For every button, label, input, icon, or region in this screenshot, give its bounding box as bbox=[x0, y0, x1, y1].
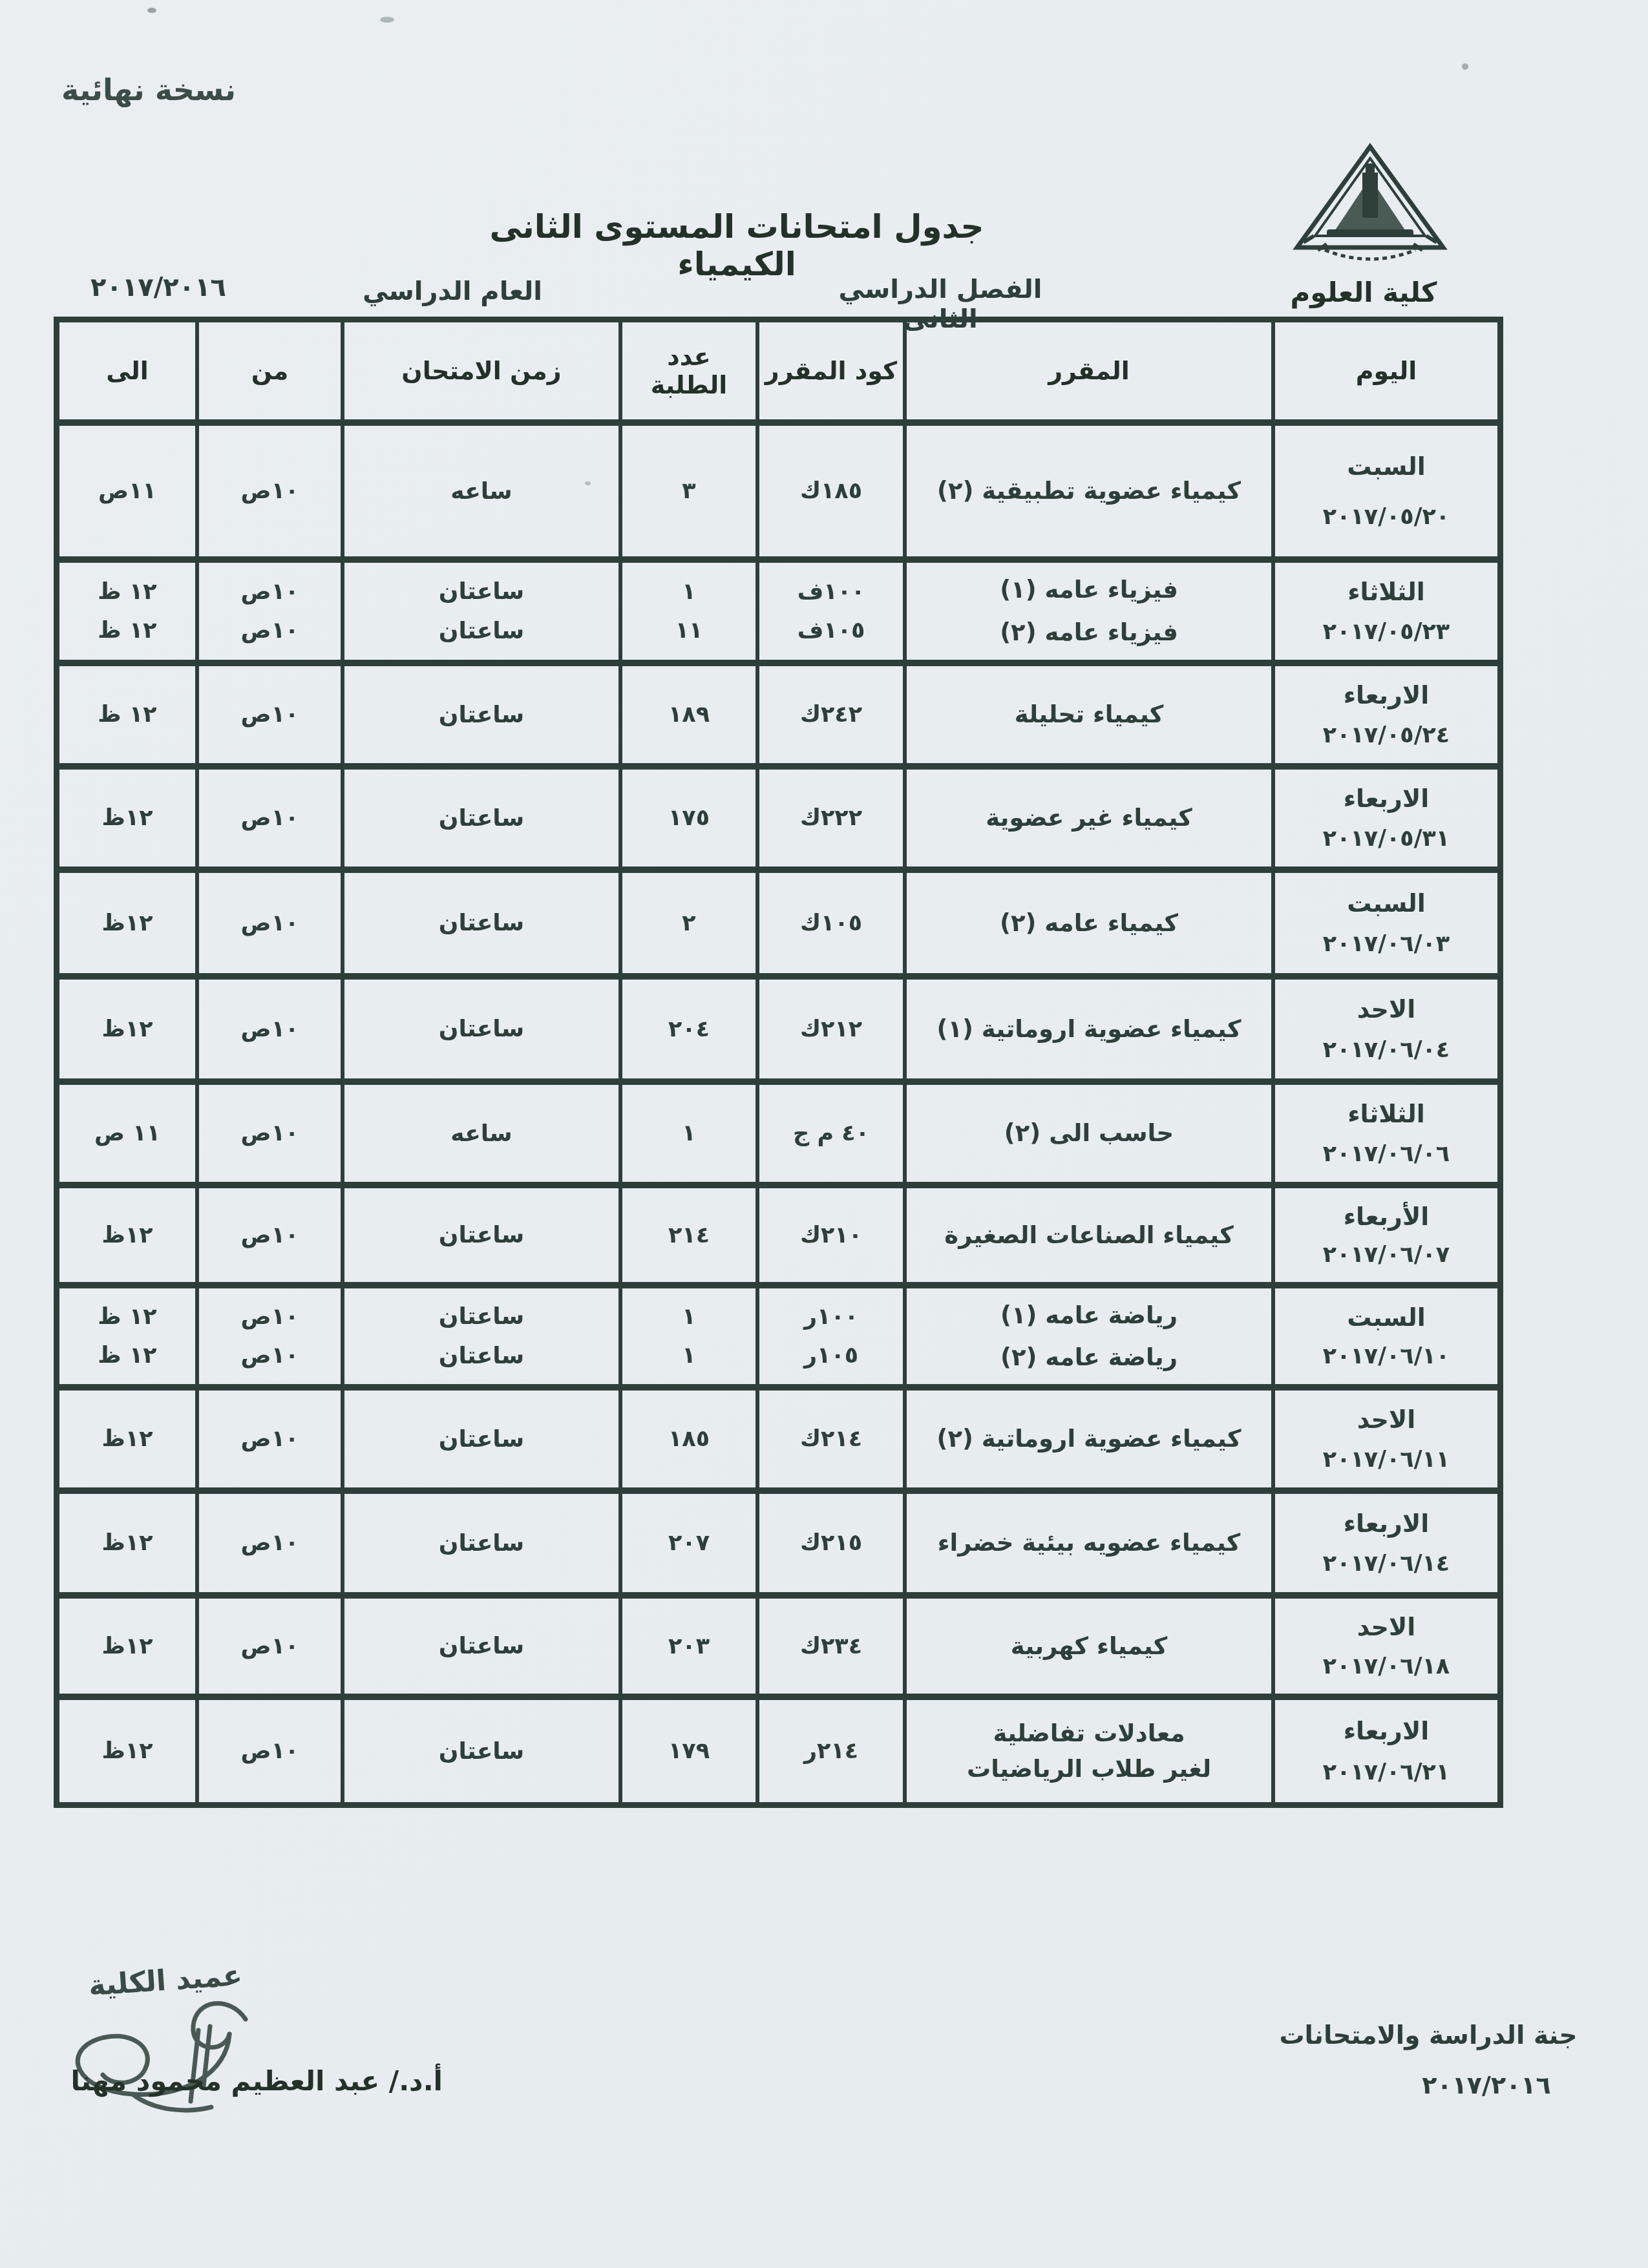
start-time: ١٠ص bbox=[241, 1633, 299, 1659]
start-time: ١٠ص bbox=[241, 1738, 299, 1764]
cell-start-time: ١٠ص bbox=[195, 1599, 341, 1694]
day-date: ٢٠١٧/٠٥/٢٠ bbox=[1323, 504, 1450, 530]
cell-exam-duration: ساعتانساعتان bbox=[341, 1288, 618, 1384]
end-time: ١١ص bbox=[98, 478, 156, 504]
cell-course-name: كيمياء غير عضوية bbox=[903, 770, 1271, 866]
student-count: ١٧٩ bbox=[668, 1738, 710, 1764]
cell-exam-duration: ساعه bbox=[341, 1085, 618, 1182]
course-code: ٢١٢ك bbox=[800, 1016, 862, 1042]
student-count: ٢٠٧ bbox=[668, 1530, 710, 1556]
course-name: كيمياء غير عضوية bbox=[986, 800, 1192, 836]
header-exam-duration: زمن الامتحان bbox=[341, 322, 618, 419]
dean-signature bbox=[36, 1990, 294, 2132]
exam-duration: ساعتان bbox=[439, 1303, 524, 1330]
cell-exam-duration: ساعتان bbox=[341, 666, 618, 763]
cell-start-time: ١٠ص bbox=[195, 1391, 341, 1487]
course-name: كيمياء عضوية اروماتية (١) bbox=[937, 1011, 1241, 1047]
course-name: كيمياء عضوية تطبيقية (٢) bbox=[937, 473, 1241, 509]
course-code: ٢١٥ك bbox=[800, 1530, 862, 1556]
day-name: الاربعاء bbox=[1344, 784, 1430, 813]
course-code: ٢١٠ك bbox=[800, 1223, 862, 1248]
cell-course-name: كيمياء عضوية تطبيقية (٢) bbox=[903, 426, 1271, 556]
cell-exam-duration: ساعه bbox=[341, 426, 618, 556]
start-time: ١٠ص bbox=[241, 910, 299, 936]
day-date: ٢٠١٧/٠٦/١١ bbox=[1323, 1447, 1450, 1473]
course-name: كيمياء الصناعات الصغيرة bbox=[944, 1217, 1233, 1254]
course-name: كيمياء كهربية bbox=[1011, 1628, 1168, 1664]
cell-end-time: ١٢ ظ١٢ ظ bbox=[59, 1288, 195, 1384]
end-time: ١٢ظ bbox=[101, 805, 153, 831]
table-row: الاحد٢٠١٧/٠٦/١١كيمياء عضوية اروماتية (٢)… bbox=[59, 1391, 1497, 1494]
exam-duration: ساعتان bbox=[439, 1738, 524, 1765]
cell-end-time: ١٢ ظ١٢ ظ bbox=[59, 563, 195, 660]
cell-course-name: كيمياء كهربية bbox=[903, 1599, 1271, 1694]
cell-student-count: ٢٠٣ bbox=[618, 1599, 755, 1694]
day-date: ٢٠١٧/٠٦/١٤ bbox=[1323, 1551, 1450, 1577]
day-date: ٢٠١٧/٠٥/٣١ bbox=[1323, 826, 1450, 852]
table-row: الثلاثاء٢٠١٧/٠٦/٠٦حاسب الى (٢)٤٠ م ج١ساع… bbox=[59, 1085, 1497, 1188]
day-cell: الاحد٢٠١٧/٠٦/١٨ bbox=[1271, 1599, 1497, 1694]
cell-course-name: كيمياء عضوية اروماتية (٢) bbox=[903, 1391, 1271, 1487]
cell-student-count: ٢٠٤ bbox=[618, 980, 755, 1078]
cell-start-time: ١٠ص bbox=[195, 1085, 341, 1182]
exam-duration: ساعتان bbox=[439, 1633, 524, 1659]
end-time: ١٢ ظ bbox=[98, 1304, 156, 1330]
student-count: ١ bbox=[682, 1120, 695, 1146]
table-header-row: اليوم المقرر كود المقرر عدد الطلبة زمن ا… bbox=[59, 322, 1497, 426]
header-student-count: عدد الطلبة bbox=[618, 322, 755, 419]
exam-duration: ساعتان bbox=[439, 1530, 524, 1557]
cell-start-time: ١٠ص bbox=[195, 1188, 341, 1282]
committee-label: جنة الدراسة والامتحانات bbox=[1267, 2021, 1590, 2050]
day-name: الاحد bbox=[1357, 995, 1416, 1024]
day-name: السبت bbox=[1347, 452, 1426, 481]
cell-course-code: ٢٤٢ك bbox=[755, 666, 903, 763]
cell-end-time: ١١ ص bbox=[59, 1085, 195, 1182]
student-count: ١١ bbox=[675, 618, 703, 644]
student-count: ٢٠٤ bbox=[668, 1016, 710, 1042]
day-cell: الاربعاء٢٠١٧/٠٦/٢١ bbox=[1271, 1700, 1497, 1802]
header-course: المقرر bbox=[903, 322, 1271, 419]
day-cell: الاحد٢٠١٧/٠٦/٠٤ bbox=[1271, 980, 1497, 1078]
day-cell: السبت٢٠١٧/٠٦/٠٣ bbox=[1271, 873, 1497, 973]
cell-end-time: ١٢ظ bbox=[59, 1188, 195, 1282]
course-code: ٢٢٢ك bbox=[800, 805, 862, 831]
cell-course-name: فيزياء عامه (١)فيزياء عامه (٢) bbox=[903, 563, 1271, 660]
course-code: ١٠٥ف bbox=[798, 618, 865, 644]
cell-end-time: ١٢ظ bbox=[59, 1494, 195, 1592]
cell-student-count: ١٨٩ bbox=[618, 666, 755, 763]
day-date: ٢٠١٧/٠٦/٢١ bbox=[1323, 1759, 1450, 1785]
cell-exam-duration: ساعتان bbox=[341, 873, 618, 973]
day-date: ٢٠١٧/٠٥/٢٤ bbox=[1323, 722, 1450, 748]
student-count: ١ bbox=[682, 1304, 695, 1330]
cell-start-time: ١٠ص bbox=[195, 666, 341, 763]
table-row: السبت٢٠١٧/٠٦/٠٣كيمياء عامه (٢)١٠٥ك٢ساعتا… bbox=[59, 873, 1497, 980]
start-time: ١٠ص bbox=[241, 618, 299, 644]
cell-course-code: ٢١٠ك bbox=[755, 1188, 903, 1282]
cell-course-code: ٢١٢ك bbox=[755, 980, 903, 1078]
student-count: ١٨٥ bbox=[668, 1426, 710, 1452]
table-row: الأربعاء٢٠١٧/٠٦/٠٧كيمياء الصناعات الصغير… bbox=[59, 1188, 1497, 1288]
course-code: ٢١٤ر bbox=[804, 1738, 858, 1764]
end-time: ١٢ظ bbox=[101, 1633, 153, 1659]
cell-course-code: ١٨٥ك bbox=[755, 426, 903, 556]
table-row: الاربعاء٢٠١٧/٠٦/١٤كيمياء عضويه بيئية خضر… bbox=[59, 1494, 1497, 1599]
cell-exam-duration: ساعتان bbox=[341, 1391, 618, 1487]
day-name: الاربعاء bbox=[1344, 1717, 1430, 1745]
cell-start-time: ١٠ص bbox=[195, 980, 341, 1078]
cell-start-time: ١٠ص bbox=[195, 770, 341, 866]
table-row: الاربعاء٢٠١٧/٠٥/٢٤كيمياء تحليلة٢٤٢ك١٨٩سا… bbox=[59, 666, 1497, 770]
cell-course-name: كيمياء عامه (٢) bbox=[903, 873, 1271, 973]
day-date: ٢٠١٧/٠٦/٠٧ bbox=[1323, 1242, 1450, 1268]
student-count: ١٨٩ bbox=[668, 702, 710, 728]
cell-exam-duration: ساعتان bbox=[341, 1188, 618, 1282]
cell-course-code: ٢١٥ك bbox=[755, 1494, 903, 1592]
cell-end-time: ١٢ظ bbox=[59, 873, 195, 973]
exam-duration: ساعتان bbox=[439, 702, 524, 728]
end-time: ١٢ ظ bbox=[98, 618, 156, 644]
course-name: فيزياء عامه (١) bbox=[1000, 572, 1178, 608]
end-time: ١٢ ظ bbox=[98, 1343, 156, 1369]
cell-student-count: ١٨٥ bbox=[618, 1391, 755, 1487]
cell-course-name: كيمياء تحليلة bbox=[903, 666, 1271, 763]
header-day: اليوم bbox=[1271, 322, 1497, 419]
student-count: ١ bbox=[682, 579, 695, 605]
cell-course-name: كيمياء عضويه بيئية خضراء bbox=[903, 1494, 1271, 1592]
exam-duration: ساعه bbox=[450, 478, 512, 505]
day-date: ٢٠١٧/٠٦/١٨ bbox=[1323, 1654, 1450, 1679]
end-time: ١٢ظ bbox=[101, 1738, 153, 1764]
start-time: ١٠ص bbox=[241, 805, 299, 831]
cell-exam-duration: ساعتان bbox=[341, 1599, 618, 1694]
faculty-name: كلية العلوم bbox=[1286, 277, 1441, 308]
start-time: ١٠ص bbox=[241, 579, 299, 605]
day-cell: الاربعاء٢٠١٧/٠٥/٣١ bbox=[1271, 770, 1497, 866]
cell-exam-duration: ساعتانساعتان bbox=[341, 563, 618, 660]
day-date: ٢٠١٧/٠٦/٠٦ bbox=[1323, 1141, 1450, 1167]
cell-course-name: معادلات تفاضلية لغير طلاب الرياضيات bbox=[903, 1700, 1271, 1802]
course-name: حاسب الى (٢) bbox=[1004, 1115, 1174, 1151]
cell-exam-duration: ساعتان bbox=[341, 980, 618, 1078]
page-title: جدول امتحانات المستوى الثانى الكيمياء bbox=[427, 208, 1047, 283]
cell-start-time: ١٠ص bbox=[195, 1700, 341, 1802]
committee-year: ٢٠١٧/٢٠١٦ bbox=[1389, 2071, 1583, 2099]
day-cell: الثلاثاء٢٠١٧/٠٦/٠٦ bbox=[1271, 1085, 1497, 1182]
day-name: السبت bbox=[1347, 1303, 1426, 1332]
day-cell: الاربعاء٢٠١٧/٠٦/١٤ bbox=[1271, 1494, 1497, 1592]
cell-end-time: ١٢ظ bbox=[59, 1599, 195, 1694]
scan-artifact bbox=[380, 17, 394, 23]
start-time: ١٠ص bbox=[241, 1426, 299, 1452]
course-name: كيمياء عضويه بيئية خضراء bbox=[938, 1525, 1241, 1561]
cell-student-count: ٢ bbox=[618, 873, 755, 973]
final-copy-note: نسخة نهائية bbox=[61, 72, 236, 107]
student-count: ٣ bbox=[682, 478, 695, 504]
cell-exam-duration: ساعتان bbox=[341, 1494, 618, 1592]
table-row: الاربعاء٢٠١٧/٠٥/٣١كيمياء غير عضوية٢٢٢ك١٧… bbox=[59, 770, 1497, 873]
cell-start-time: ١٠ص bbox=[195, 426, 341, 556]
start-time: ١٠ص bbox=[241, 1304, 299, 1330]
header-to: الى bbox=[59, 322, 195, 419]
course-code: ٢٤٢ك bbox=[800, 702, 862, 728]
day-date: ٢٠١٧/٠٥/٢٣ bbox=[1323, 619, 1450, 645]
cell-end-time: ١٢ظ bbox=[59, 770, 195, 866]
cell-start-time: ١٠ص bbox=[195, 1494, 341, 1592]
cell-course-name: كيمياء عضوية اروماتية (١) bbox=[903, 980, 1271, 1078]
course-name: فيزياء عامه (٢) bbox=[1000, 614, 1178, 651]
course-name: رياضة عامه (٢) bbox=[1000, 1339, 1178, 1376]
day-name: السبت bbox=[1347, 889, 1426, 918]
cell-course-name: رياضة عامه (١)رياضة عامه (٢) bbox=[903, 1288, 1271, 1384]
exam-duration: ساعه bbox=[450, 1120, 512, 1147]
cell-student-count: ١١١ bbox=[618, 563, 755, 660]
course-name: معادلات تفاضلية لغير طلاب الرياضيات bbox=[967, 1716, 1211, 1787]
cell-student-count: ١ bbox=[618, 1085, 755, 1182]
start-time: ١٠ص bbox=[241, 702, 299, 728]
day-cell: الاحد٢٠١٧/٠٦/١١ bbox=[1271, 1391, 1497, 1487]
start-time: ١٠ص bbox=[241, 1120, 299, 1146]
cell-student-count: ١١ bbox=[618, 1288, 755, 1384]
table-row: السبت٢٠١٧/٠٥/٢٠كيمياء عضوية تطبيقية (٢)١… bbox=[59, 426, 1497, 563]
end-time: ١١ ص bbox=[94, 1120, 160, 1146]
course-name: كيمياء عامه (٢) bbox=[1000, 905, 1178, 941]
table-row: الاحد٢٠١٧/٠٦/١٨كيمياء كهربية٢٣٤ك٢٠٣ساعتا… bbox=[59, 1599, 1497, 1700]
day-date: ٢٠١٧/٠٦/٠٣ bbox=[1323, 931, 1450, 957]
table-row: السبت٢٠١٧/٠٦/١٠رياضة عامه (١)رياضة عامه … bbox=[59, 1288, 1497, 1391]
scanned-document-page: نسخة نهائية كلية العلوم جدول امتحانات ال… bbox=[0, 0, 1648, 2268]
header-from: من bbox=[195, 322, 341, 419]
cell-course-code: ١٠٠ر١٠٥ر bbox=[755, 1288, 903, 1384]
day-name: الاحد bbox=[1357, 1405, 1416, 1434]
cell-exam-duration: ساعتان bbox=[341, 770, 618, 866]
cell-course-code: ١٠٠ف١٠٥ف bbox=[755, 563, 903, 660]
cell-course-name: كيمياء الصناعات الصغيرة bbox=[903, 1188, 1271, 1282]
start-time: ١٠ص bbox=[241, 1530, 299, 1556]
day-cell: الثلاثاء٢٠١٧/٠٥/٢٣ bbox=[1271, 563, 1497, 660]
cell-course-code: ١٠٥ك bbox=[755, 873, 903, 973]
end-time: ١٢ظ bbox=[101, 1530, 153, 1556]
dean-name: أ.د./ عبد العظيم محمود مهنا bbox=[29, 2065, 443, 2097]
cell-student-count: ٣ bbox=[618, 426, 755, 556]
end-time: ١٢ظ bbox=[101, 910, 153, 936]
day-name: الاربعاء bbox=[1344, 1509, 1430, 1538]
course-code: ١٠٥ك bbox=[800, 910, 862, 936]
day-date: ٢٠١٧/٠٦/٠٤ bbox=[1323, 1037, 1450, 1063]
cell-end-time: ١٢ظ bbox=[59, 980, 195, 1078]
start-time: ١٠ص bbox=[241, 1223, 299, 1248]
cell-student-count: ١٧٥ bbox=[618, 770, 755, 866]
course-code: ١٠٠ف bbox=[798, 579, 865, 605]
student-count: ٢ bbox=[682, 910, 695, 936]
cell-end-time: ١١ص bbox=[59, 426, 195, 556]
exam-duration: ساعتان bbox=[439, 1426, 524, 1453]
day-name: الاحد bbox=[1357, 1613, 1416, 1641]
course-name: رياضة عامه (١) bbox=[1000, 1297, 1178, 1334]
course-code: ٤٠ م ج bbox=[793, 1120, 869, 1146]
cell-student-count: ١٧٩ bbox=[618, 1700, 755, 1802]
start-time: ١٠ص bbox=[241, 1016, 299, 1042]
scan-artifact bbox=[1462, 63, 1468, 70]
student-count: ١ bbox=[682, 1343, 695, 1369]
course-code: ٢١٤ك bbox=[800, 1426, 862, 1452]
cell-start-time: ١٠ص١٠ص bbox=[195, 1288, 341, 1384]
student-count: ٢١٤ bbox=[668, 1223, 710, 1248]
start-time: ١٠ص bbox=[241, 478, 299, 504]
end-time: ١٢ظ bbox=[101, 1426, 153, 1452]
cell-course-name: حاسب الى (٢) bbox=[903, 1085, 1271, 1182]
end-time: ١٢ ظ bbox=[98, 702, 156, 728]
cell-start-time: ١٠ص١٠ص bbox=[195, 563, 341, 660]
cell-exam-duration: ساعتان bbox=[341, 1700, 618, 1802]
day-name: الاربعاء bbox=[1344, 681, 1430, 709]
day-cell: الاربعاء٢٠١٧/٠٥/٢٤ bbox=[1271, 666, 1497, 763]
exam-duration: ساعتان bbox=[439, 910, 524, 936]
day-name: الأربعاء bbox=[1344, 1202, 1430, 1231]
scan-artifact bbox=[147, 8, 156, 13]
course-code: ١٠٠ر bbox=[804, 1304, 858, 1330]
cell-student-count: ٢١٤ bbox=[618, 1188, 755, 1282]
cell-student-count: ٢٠٧ bbox=[618, 1494, 755, 1592]
academic-year-value: ٢٠١٧/٢٠١٦ bbox=[78, 273, 239, 302]
day-date: ٢٠١٧/٠٦/١٠ bbox=[1323, 1343, 1450, 1369]
course-name: كيمياء عضوية اروماتية (٢) bbox=[937, 1421, 1241, 1457]
university-pyramid-seal-icon bbox=[1289, 139, 1451, 271]
cell-course-code: ٢١٤ك bbox=[755, 1391, 903, 1487]
course-code: ١٠٥ر bbox=[804, 1343, 858, 1369]
day-cell: السبت٢٠١٧/٠٥/٢٠ bbox=[1271, 426, 1497, 556]
day-cell: الأربعاء٢٠١٧/٠٦/٠٧ bbox=[1271, 1188, 1497, 1282]
day-name: الثلاثاء bbox=[1347, 1100, 1425, 1128]
student-count: ٢٠٣ bbox=[668, 1633, 710, 1659]
header-course-code: كود المقرر bbox=[755, 322, 903, 419]
course-code: ١٨٥ك bbox=[800, 478, 862, 504]
cell-end-time: ١٢ظ bbox=[59, 1700, 195, 1802]
exam-duration: ساعتان bbox=[439, 578, 524, 605]
table-row: الثلاثاء٢٠١٧/٠٥/٢٣فيزياء عامه (١)فيزياء … bbox=[59, 563, 1497, 666]
course-name: كيمياء تحليلة bbox=[1015, 697, 1164, 733]
start-time: ١٠ص bbox=[241, 1343, 299, 1369]
course-code: ٢٣٤ك bbox=[800, 1633, 862, 1659]
exam-schedule-table: اليوم المقرر كود المقرر عدد الطلبة زمن ا… bbox=[54, 317, 1503, 1808]
end-time: ١٢ ظ bbox=[98, 579, 156, 605]
table-row: الاربعاء٢٠١٧/٠٦/٢١معادلات تفاضلية لغير ط… bbox=[59, 1700, 1497, 1802]
cell-course-code: ٢١٤ر bbox=[755, 1700, 903, 1802]
student-count: ١٧٥ bbox=[668, 805, 710, 831]
end-time: ١٢ظ bbox=[101, 1223, 153, 1248]
cell-course-code: ٢٢٢ك bbox=[755, 770, 903, 866]
end-time: ١٢ظ bbox=[101, 1016, 153, 1042]
exam-duration: ساعتان bbox=[439, 805, 524, 832]
cell-end-time: ١٢ظ bbox=[59, 1391, 195, 1487]
cell-start-time: ١٠ص bbox=[195, 873, 341, 973]
day-name: الثلاثاء bbox=[1347, 578, 1425, 606]
cell-course-code: ٢٣٤ك bbox=[755, 1599, 903, 1694]
academic-year-label: العام الدراسي bbox=[362, 277, 543, 306]
exam-duration: ساعتان bbox=[439, 618, 524, 644]
day-cell: السبت٢٠١٧/٠٦/١٠ bbox=[1271, 1288, 1497, 1384]
exam-duration: ساعتان bbox=[439, 1343, 524, 1369]
table-row: الاحد٢٠١٧/٠٦/٠٤كيمياء عضوية اروماتية (١)… bbox=[59, 980, 1497, 1085]
cell-end-time: ١٢ ظ bbox=[59, 666, 195, 763]
exam-duration: ساعتان bbox=[439, 1016, 524, 1042]
cell-course-code: ٤٠ م ج bbox=[755, 1085, 903, 1182]
exam-duration: ساعتان bbox=[439, 1222, 524, 1248]
